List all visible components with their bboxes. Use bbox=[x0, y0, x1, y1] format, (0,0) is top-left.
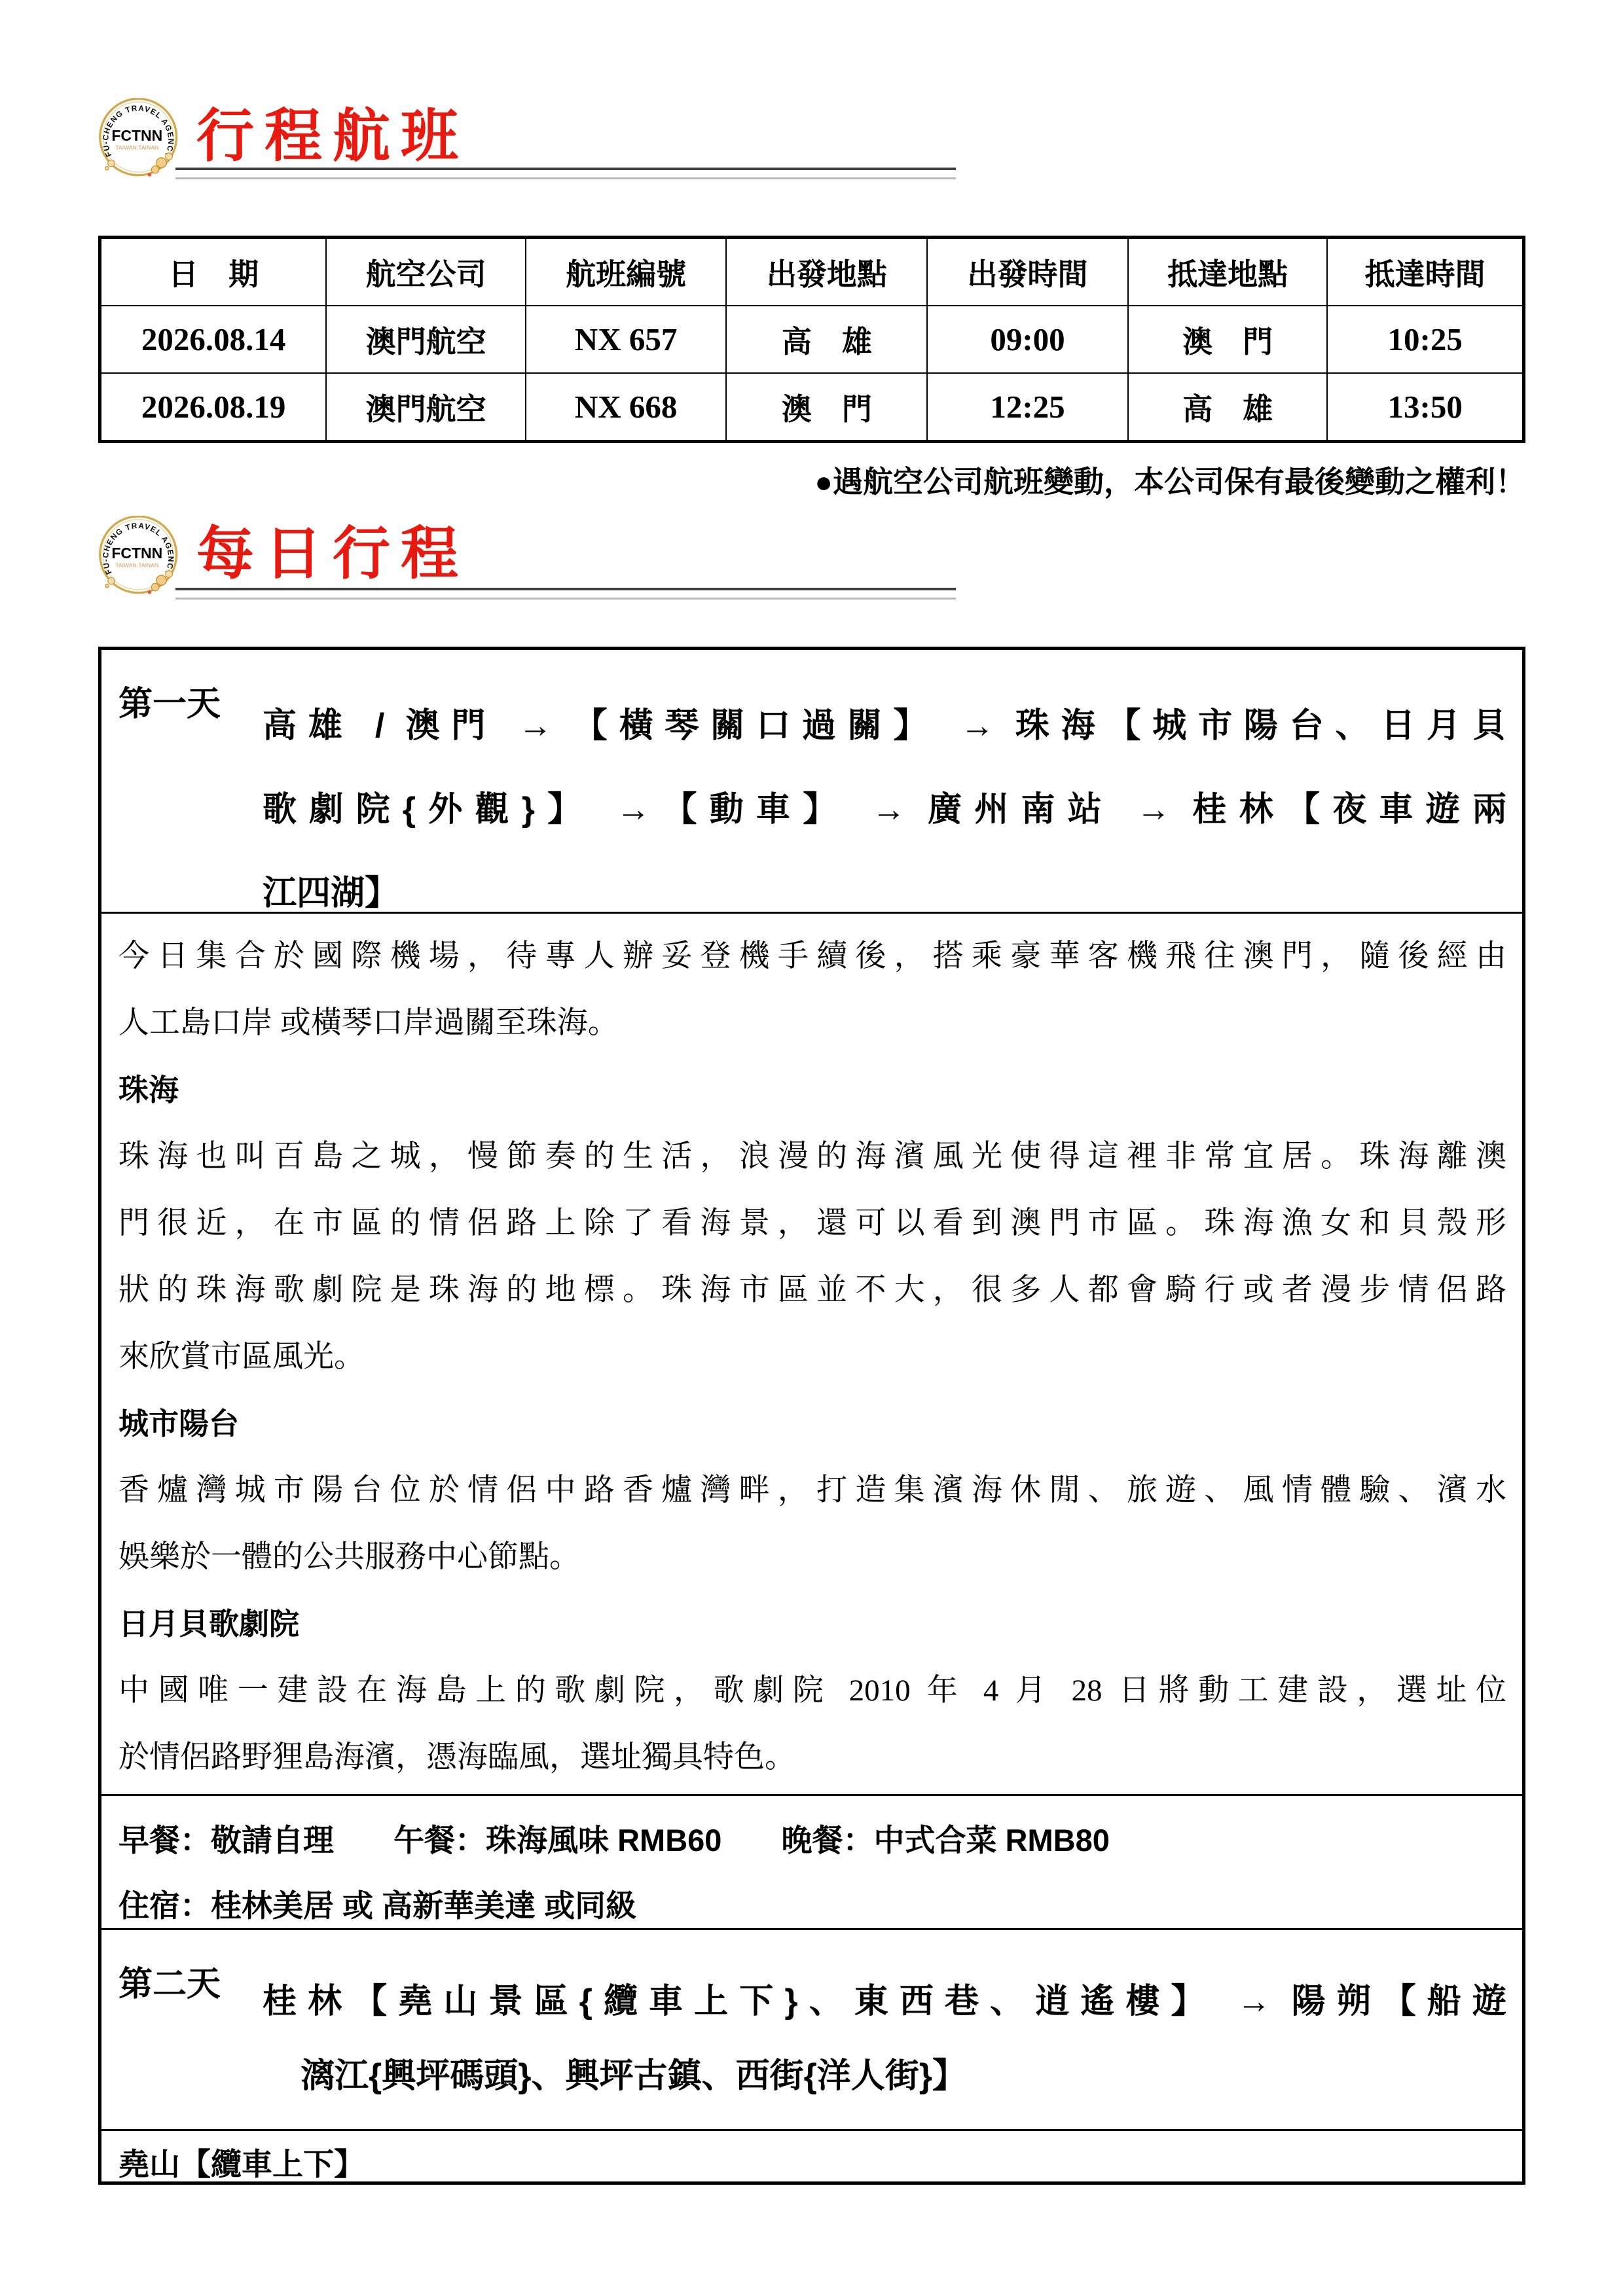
lunch-info: 午餐：珠海風味 RMB60 bbox=[393, 1808, 721, 1873]
itinerary-line: 香爐灣城市陽台位於情侶中路香爐灣畔，打造集濱海休閒、旅遊、風情體驗、濱水 bbox=[119, 1457, 1506, 1524]
day1-description-section: 今日集合於國際機場，待專人辦妥登機手續後，搭乘豪華客機飛往澳門，隨後經由 人工島… bbox=[101, 912, 1522, 1794]
meals-line: 早餐：敬請自理 午餐：珠海風味 RMB60 晚餐：中式合菜 RMB80 bbox=[119, 1808, 1506, 1873]
day2-title-line: 桂林【堯山景區{纜車上下}、東西巷、逍遙樓】 → 陽朔【船遊 bbox=[263, 1964, 1506, 2039]
header-cell-airline: 航空公司 bbox=[326, 238, 526, 306]
cell-airline: 澳門航空 bbox=[326, 373, 526, 442]
itinerary-line: 珠海也叫百島之城，慢節奏的生活，浪漫的海濱風光使得這裡非常宜居。珠海離澳 bbox=[119, 1123, 1506, 1190]
day1-title-section: 第一天 高雄 / 澳門 → 【橫琴關口過關】 → 珠海【城市陽台、日月貝 歌劇院… bbox=[101, 650, 1522, 912]
day2-title: 桂林【堯山景區{纜車上下}、東西巷、逍遙樓】 → 陽朔【船遊 漓江{興坪碼頭}、… bbox=[263, 1964, 1506, 2129]
header-rule-dark bbox=[175, 168, 956, 170]
breakfast-info: 早餐：敬請自理 bbox=[119, 1808, 334, 1873]
cell-flight-no: NX 668 bbox=[526, 373, 727, 442]
itinerary-line: 於情侶路野狸島海濱，憑海臨風，選址獨具特色。 bbox=[119, 1724, 1506, 1791]
section-heading: 城市陽台 bbox=[119, 1390, 1506, 1457]
section-heading: 珠海 bbox=[119, 1056, 1506, 1123]
day1-title-line: 歌劇院{外觀}】 →【動車】 → 廣州南站 → 桂林【夜車遊兩 bbox=[263, 768, 1506, 852]
header-cell-depart-time: 出發時間 bbox=[927, 238, 1128, 306]
itinerary-line: 門很近，在市區的情侶路上除了看海景，還可以看到澳門市區。珠海漁女和貝殼形 bbox=[119, 1190, 1506, 1257]
header-rule-light bbox=[175, 598, 956, 600]
flight-table-header-row: 日 期 航空公司 航班編號 出發地點 出發時間 抵達地點 抵達時間 bbox=[100, 238, 1524, 306]
flights-section-title: 行程航班 bbox=[196, 109, 469, 166]
itinerary-line: 來欣賞市區風光。 bbox=[119, 1323, 1506, 1390]
cell-arrive-place: 澳 門 bbox=[1128, 306, 1328, 373]
header-cell-arrive-place: 抵達地點 bbox=[1128, 238, 1328, 306]
flight-change-note: ●遇航空公司航班變動，本公司保有最後變動之權利！ bbox=[98, 458, 1525, 501]
header-rule-dark bbox=[175, 588, 956, 590]
itinerary-box: 第一天 高雄 / 澳門 → 【橫琴關口過關】 → 珠海【城市陽台、日月貝 歌劇院… bbox=[98, 647, 1525, 2185]
day1-label: 第一天 bbox=[119, 684, 223, 912]
travel-agency-seal: FU-CHENG TRAVEL AGENCY FCTNN TAIWAN,TAIN… bbox=[97, 516, 185, 603]
section-heading: 堯山【纜車上下】 bbox=[119, 2142, 1506, 2187]
cell-airline: 澳門航空 bbox=[326, 306, 526, 373]
seal-center-text: FCTNN bbox=[111, 545, 162, 562]
flight-row: 2026.08.14 澳門航空 NX 657 高 雄 09:00 澳 門 10:… bbox=[100, 306, 1524, 373]
day2-title-section: 第二天 桂林【堯山景區{纜車上下}、東西巷、逍遙樓】 → 陽朔【船遊 漓江{興坪… bbox=[101, 1928, 1522, 2129]
header-cell-flight-no: 航班編號 bbox=[526, 238, 727, 306]
itinerary-line: 人工島口岸 或橫琴口岸過關至珠海。 bbox=[119, 990, 1506, 1056]
day1-meals-section: 早餐：敬請自理 午餐：珠海風味 RMB60 晚餐：中式合菜 RMB80 住宿：桂… bbox=[101, 1794, 1522, 1928]
cell-date: 2026.08.14 bbox=[100, 306, 327, 373]
header-cell-date: 日 期 bbox=[100, 238, 327, 306]
daily-section-title: 每日行程 bbox=[196, 526, 469, 584]
dinner-info: 晚餐：中式合菜 RMB80 bbox=[782, 1808, 1110, 1873]
itinerary-line: 娛樂於一體的公共服務中心節點。 bbox=[119, 1524, 1506, 1590]
day2-title-line: 漓江{興坪碼頭}、興坪古鎮、西街{洋人街}】 bbox=[263, 2039, 1506, 2113]
seal-center-text: FCTNN bbox=[111, 127, 162, 144]
day2-description-section: 堯山【纜車上下】 bbox=[101, 2129, 1522, 2187]
cell-arrive-time: 10:25 bbox=[1327, 306, 1523, 373]
day1-title-line: 高雄 / 澳門 → 【橫琴關口過關】 → 珠海【城市陽台、日月貝 bbox=[263, 684, 1506, 768]
cell-arrive-place: 高 雄 bbox=[1128, 373, 1328, 442]
itinerary-line: 狀的珠海歌劇院是珠海的地標。珠海市區並不大，很多人都會騎行或者漫步情侶路 bbox=[119, 1257, 1506, 1323]
itinerary-line: 中國唯一建設在海島上的歌劇院，歌劇院 2010 年 4 月 28 日將動工建設，… bbox=[119, 1657, 1506, 1724]
cell-depart-time: 09:00 bbox=[927, 306, 1128, 373]
day2-label: 第二天 bbox=[119, 1964, 223, 2129]
header-rule-light bbox=[175, 177, 956, 179]
cell-arrive-time: 13:50 bbox=[1327, 373, 1523, 442]
cell-depart-time: 12:25 bbox=[927, 373, 1128, 442]
header-cell-depart-place: 出發地點 bbox=[726, 238, 927, 306]
cell-depart-place: 澳 門 bbox=[726, 373, 927, 442]
seal-sub-text: TAIWAN,TAINAN bbox=[115, 144, 158, 151]
cell-depart-place: 高 雄 bbox=[726, 306, 927, 373]
travel-agency-seal: FU-CHENG TRAVEL AGENCY FCTNN TAIWAN,TAIN… bbox=[97, 98, 185, 186]
cell-flight-no: NX 657 bbox=[526, 306, 727, 373]
itinerary-page: FU-CHENG TRAVEL AGENCY FCTNN TAIWAN,TAIN… bbox=[0, 0, 1623, 2296]
day1-title: 高雄 / 澳門 → 【橫琴關口過關】 → 珠海【城市陽台、日月貝 歌劇院{外觀}… bbox=[263, 684, 1506, 912]
flight-row: 2026.08.19 澳門航空 NX 668 澳 門 12:25 高 雄 13:… bbox=[100, 373, 1524, 442]
itinerary-line: 今日集合於國際機場，待專人辦妥登機手續後，搭乘豪華客機飛往澳門，隨後經由 bbox=[119, 923, 1506, 990]
flight-table: 日 期 航空公司 航班編號 出發地點 出發時間 抵達地點 抵達時間 2026.0… bbox=[98, 236, 1525, 443]
seal-sub-text: TAIWAN,TAINAN bbox=[115, 562, 158, 568]
header-cell-arrive-time: 抵達時間 bbox=[1327, 238, 1523, 306]
section-heading: 日月貝歌劇院 bbox=[119, 1590, 1506, 1657]
cell-date: 2026.08.19 bbox=[100, 373, 327, 442]
